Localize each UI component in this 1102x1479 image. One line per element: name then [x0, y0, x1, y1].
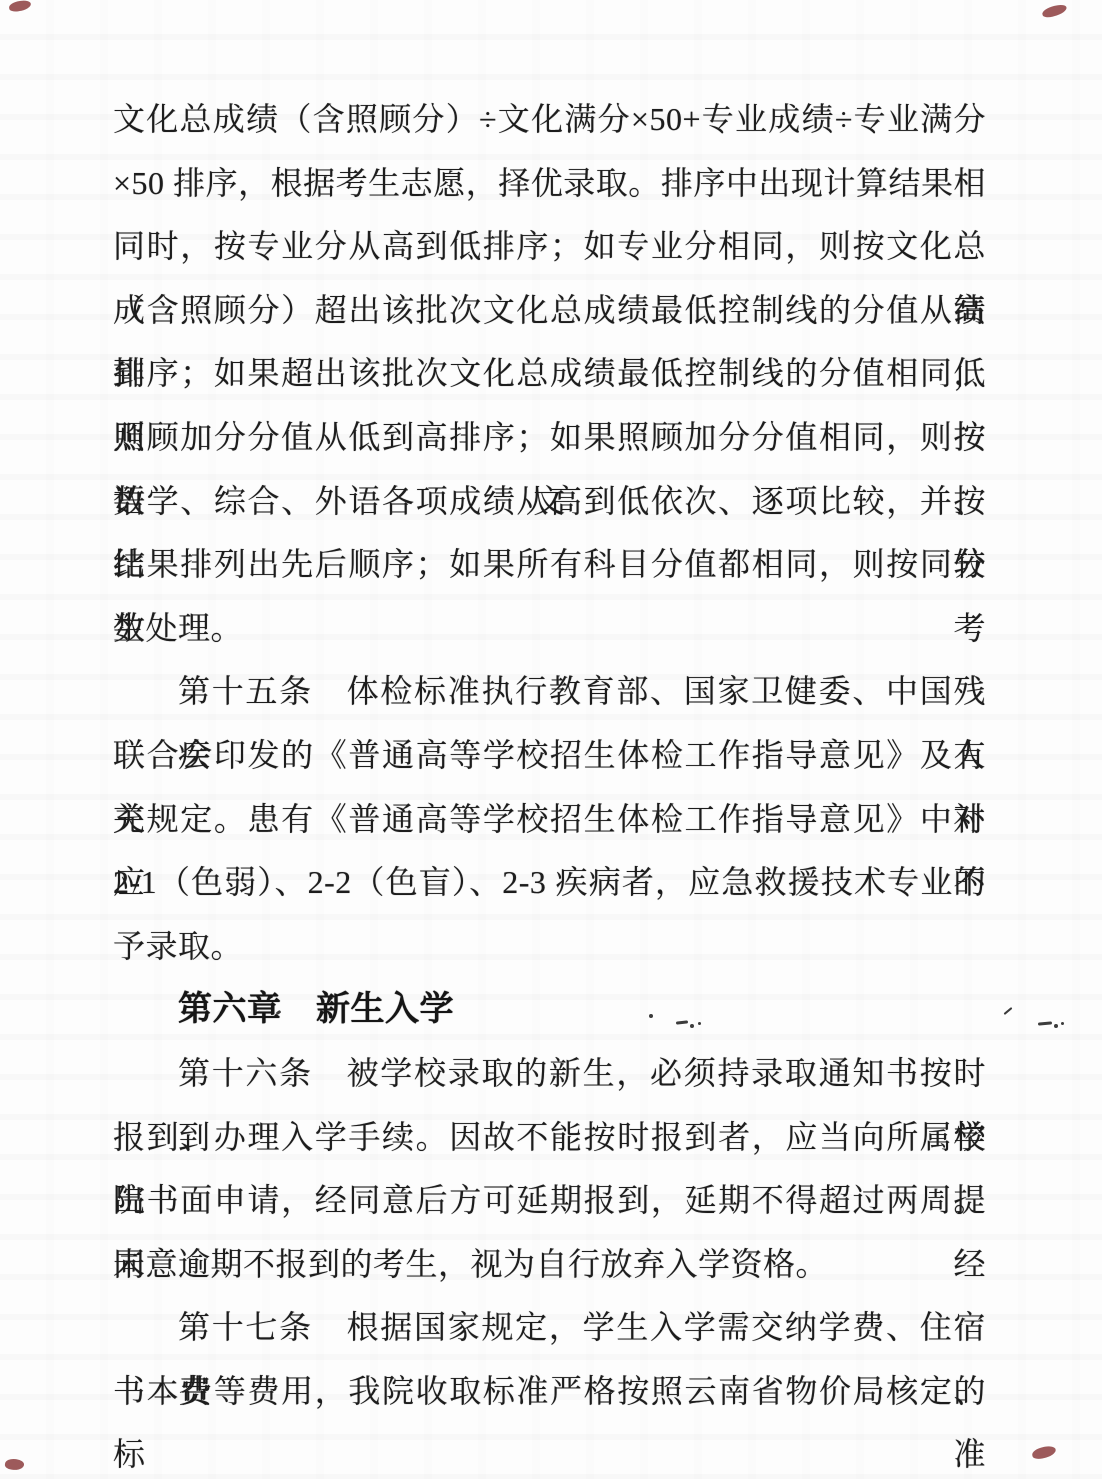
- text-line: 第十五条 体检标准执行教育部、国家卫健委、中国残疾人: [113, 660, 986, 724]
- ink-smudge: [1004, 1007, 1013, 1015]
- text-line: 第十七条 根据国家规定，学生入学需交纳学费、住宿费、: [113, 1296, 986, 1360]
- ink-smudge: [1054, 1024, 1058, 1028]
- ink-smudge: [1038, 1021, 1052, 1025]
- ink-smudge: [698, 1022, 701, 1025]
- text-line: 充规定。患有《普通高等学校招生体检工作指导意见》中对应的: [113, 788, 986, 852]
- text-line: 予录取。: [113, 915, 986, 979]
- chapter-heading: 第六章 新生入学: [113, 978, 986, 1042]
- corner-scan-mark: [1041, 3, 1068, 19]
- scanned-document-page: 文化总成绩（含照顾分）÷文化满分×50+专业成绩÷专业满分×50 排序，根据考生…: [0, 0, 1102, 1479]
- text-line: 照顾加分分值从低到高排序；如果照顾加分分值相同，则按语文、: [113, 406, 986, 470]
- text-line: ×50 排序，根据考生志愿，择优录取。排序中出现计算结果相: [113, 152, 986, 216]
- text-line: 排序；如果超出该批次文化总成绩最低控制线的分值相同，则按: [113, 342, 986, 406]
- text-line: 结果排列出先后顺序；如果所有科目分值都相同，则按同分数考: [113, 533, 986, 597]
- corner-scan-mark: [1031, 1445, 1057, 1460]
- ink-smudge: [1061, 1022, 1064, 1025]
- text-line: 同时，按专业分从高到低排序；如专业分相同，则按文化总成绩: [113, 215, 986, 279]
- corner-scan-mark: [4, 1458, 24, 1471]
- text-line: 文化总成绩（含照顾分）÷文化满分×50+专业成绩÷专业满分: [113, 88, 986, 152]
- text-line: 数学、综合、外语各项成绩从高到低依次、逐项比较，并按比较: [113, 470, 986, 534]
- corner-scan-mark: [8, 0, 31, 12]
- text-line: 第十六条 被学校录取的新生，必须持录取通知书按时到校: [113, 1042, 986, 1106]
- text-line: 2-1（色弱）、2-2（色盲）、2-3 疾病者，应急救援技术专业不: [113, 851, 986, 915]
- text-line: （含照顾分）超出该批次文化总成绩最低控制线的分值从高到低: [113, 279, 986, 343]
- text-line: 联合会印发的《普通高等学校招生体检工作指导意见》及有关补: [113, 724, 986, 788]
- text-line: 书本费等费用，我院收取标准严格按照云南省物价局核定的标准: [113, 1360, 986, 1424]
- ink-smudge: [649, 1014, 653, 1018]
- text-lines: 文化总成绩（含照顾分）÷文化满分×50+专业成绩÷专业满分×50 排序，根据考生…: [113, 88, 986, 1423]
- text-line: 报到、办理入学手续。因故不能按时报到者，应当向所属学院提: [113, 1106, 986, 1170]
- text-line: 出书面申请，经同意后方可延期报到，延期不得超过两周。未经: [113, 1169, 986, 1233]
- ink-smudge: [690, 1024, 694, 1028]
